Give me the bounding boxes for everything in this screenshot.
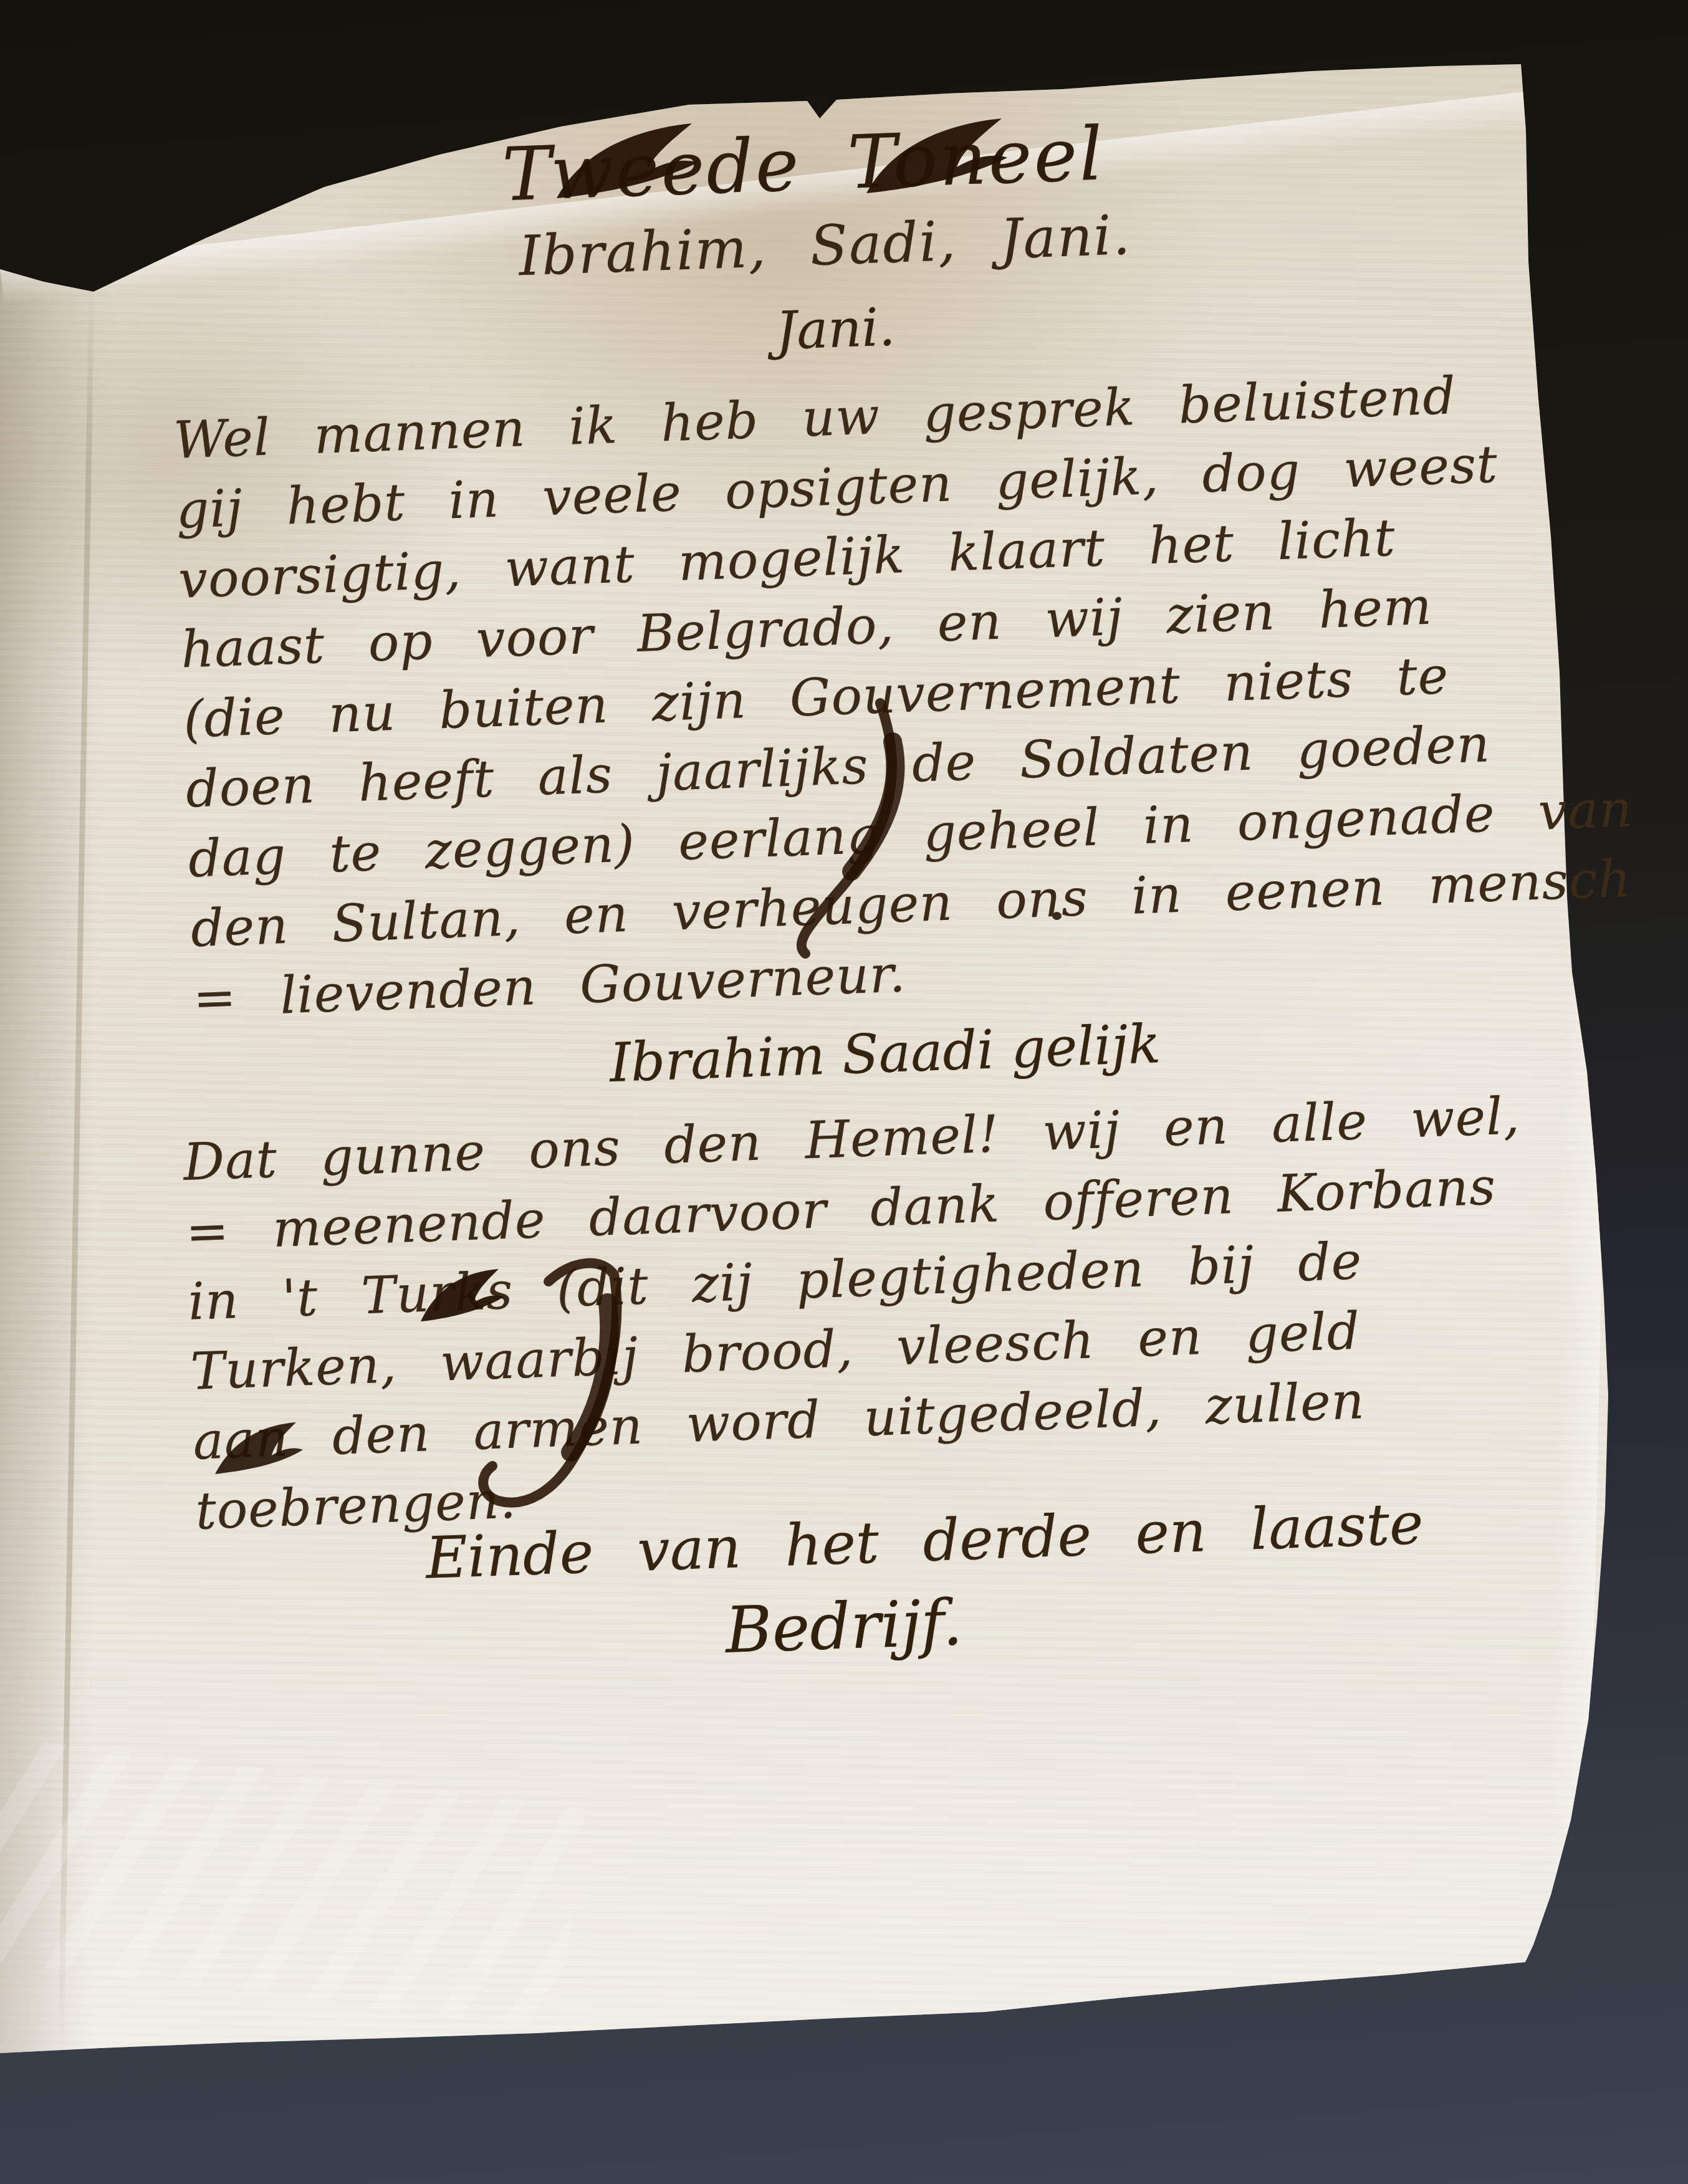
speech-ibrahim-saadi: Dat gunne ons den Hemel! wij en alle wel… [129, 1080, 1595, 1549]
photo-frame: Tweede Toneel Ibrahim, Sadi, Jani. Jani.… [0, 0, 1688, 2184]
handwritten-text-block: Tweede Toneel Ibrahim, Sadi, Jani. Jani.… [94, 55, 1601, 1698]
speech-jani: Wel mannen ik heb uw gesprek beluistend … [104, 358, 1578, 1037]
